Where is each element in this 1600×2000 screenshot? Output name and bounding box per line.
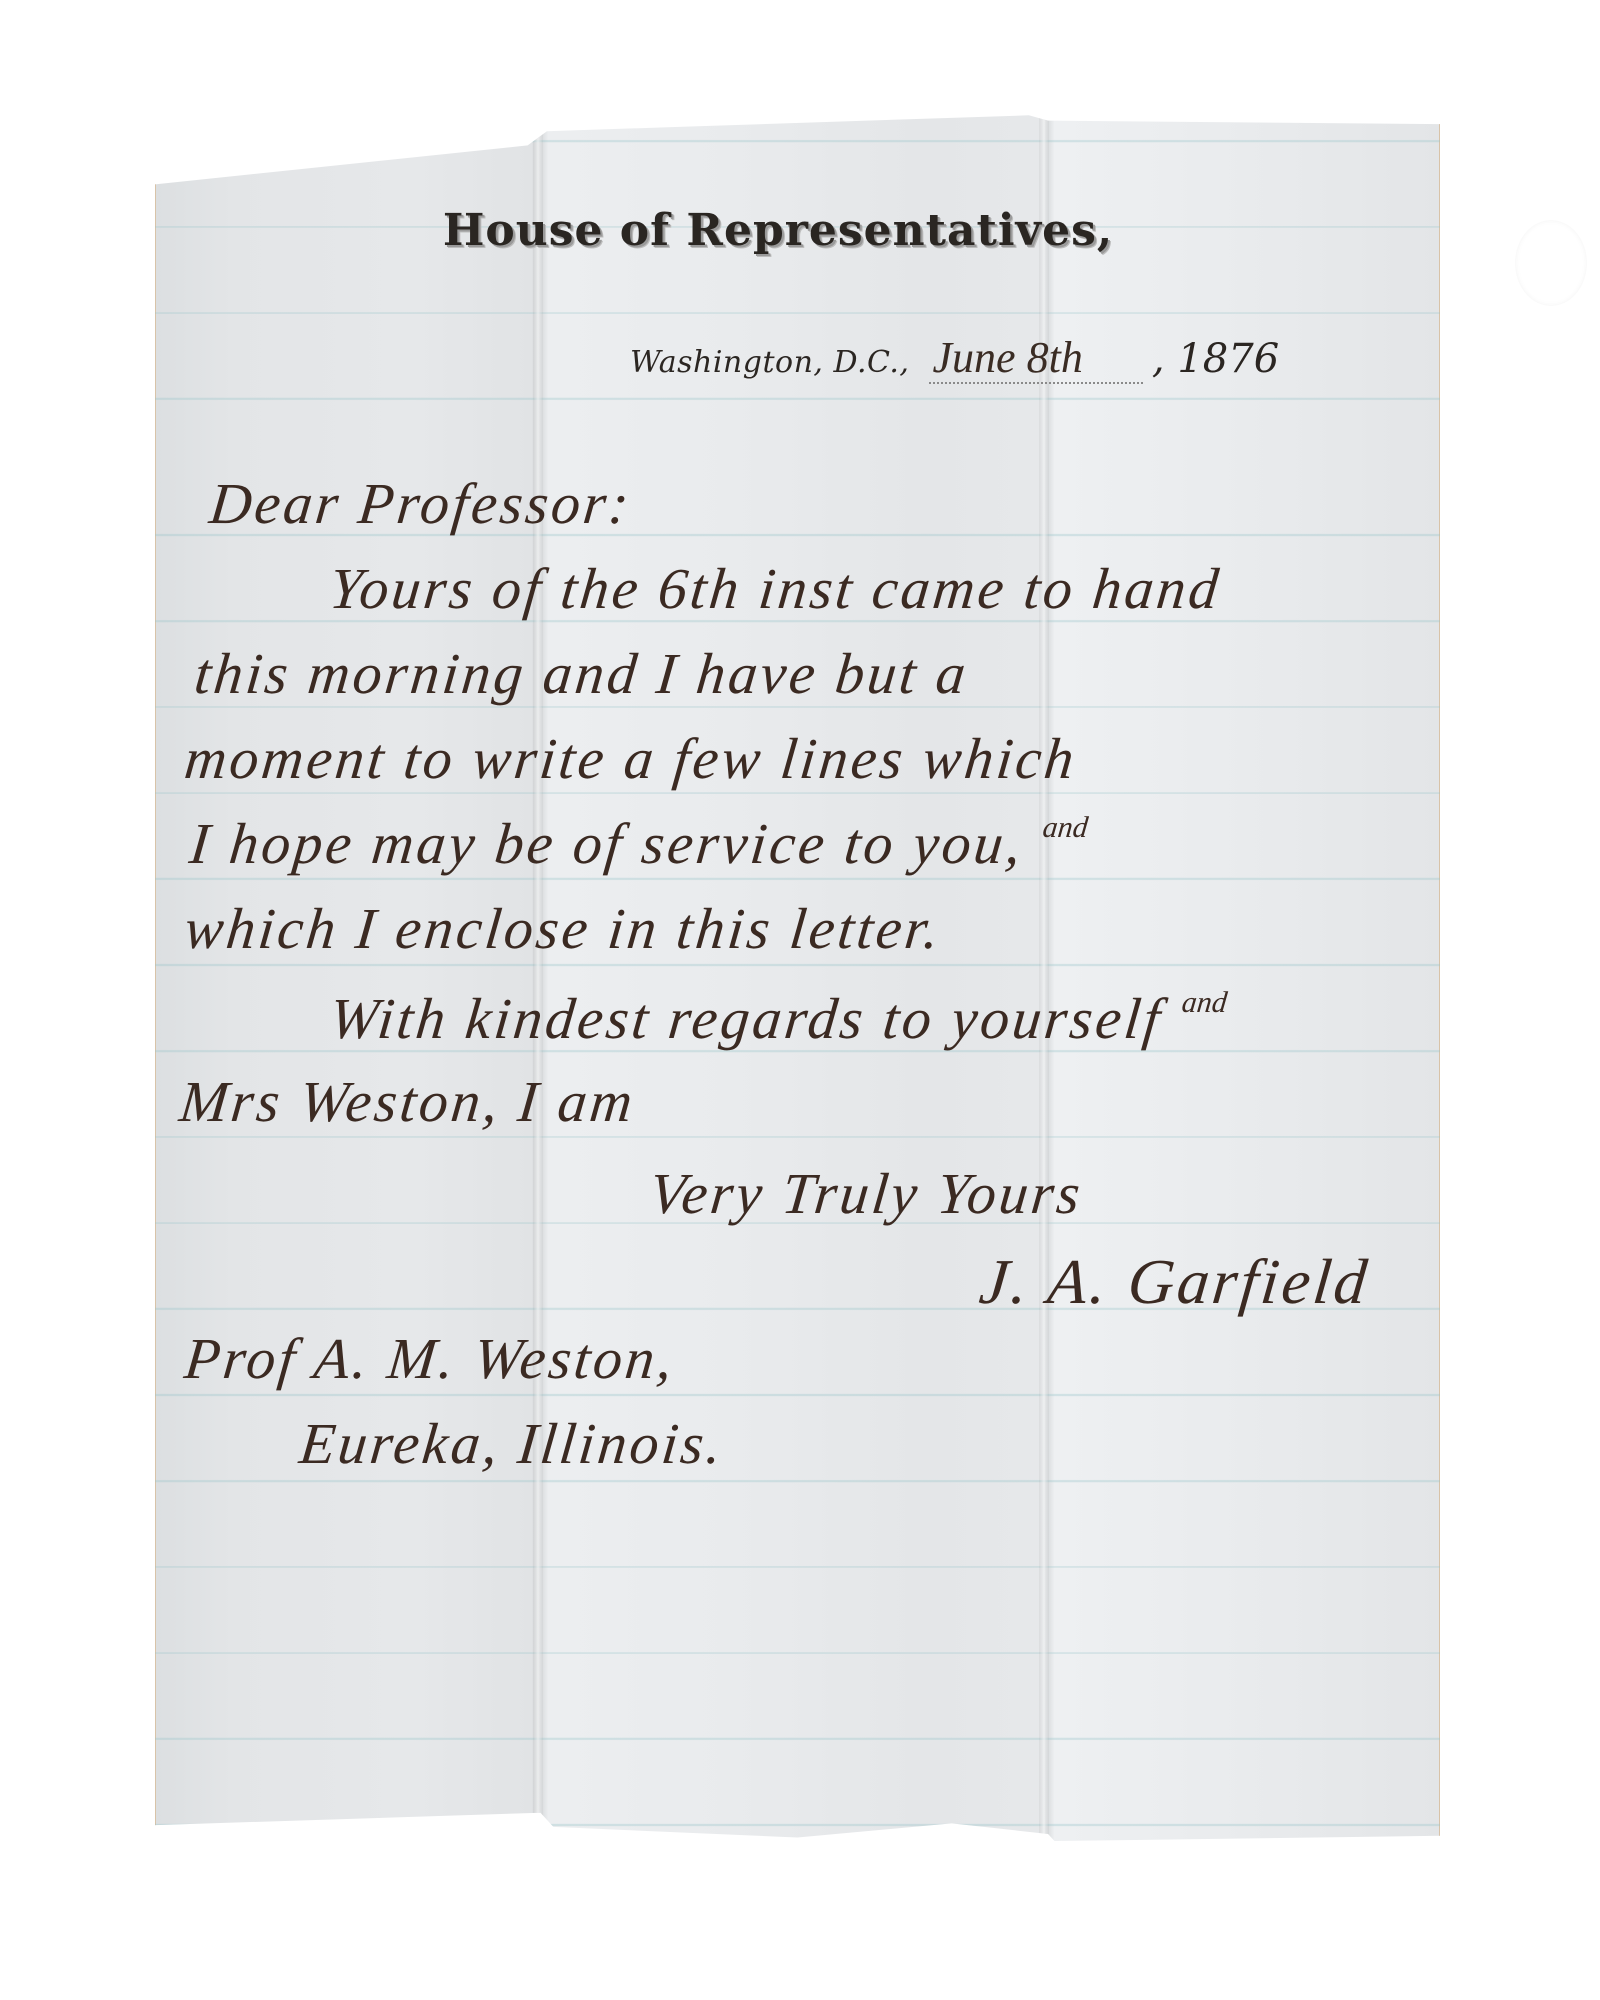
body-line: I hope may be of service to you, and	[186, 810, 1089, 877]
body-line: moment to write a few lines which	[181, 725, 1080, 792]
addressee-location: Eureka, Illinois.	[296, 1410, 727, 1477]
body-line: With kindest regards to yourself and	[326, 985, 1228, 1052]
closing: Very Truly Yours	[646, 1160, 1086, 1227]
dateline: Washington, D.C., June 8th , 1876	[630, 332, 1279, 383]
body-line: which I enclose in this letter.	[181, 895, 945, 962]
body-line: Mrs Weston, I am	[176, 1068, 638, 1135]
salutation: Dear Professor:	[206, 470, 634, 537]
letterhead-text: House of Representatives,	[443, 205, 1113, 256]
letterhead-title: House of Representatives,	[0, 205, 1600, 256]
dateline-year: , 1876	[1152, 336, 1279, 382]
body-line-text: With kindest regards to yourself	[327, 986, 1167, 1051]
body-line: this morning and I have but a	[191, 640, 971, 707]
addressee-name: Prof A. M. Weston,	[181, 1325, 678, 1392]
dateline-date: June 8th	[929, 333, 1143, 384]
body-line: Yours of the 6th inst came to hand	[326, 555, 1224, 622]
superscript-and: and	[1180, 986, 1228, 1019]
body-line-text: I hope may be of service to you,	[187, 811, 1027, 876]
dateline-place: Washington, D.C.,	[630, 345, 909, 380]
superscript-and: and	[1041, 811, 1089, 844]
signature: J. A. Garfield	[976, 1245, 1373, 1319]
